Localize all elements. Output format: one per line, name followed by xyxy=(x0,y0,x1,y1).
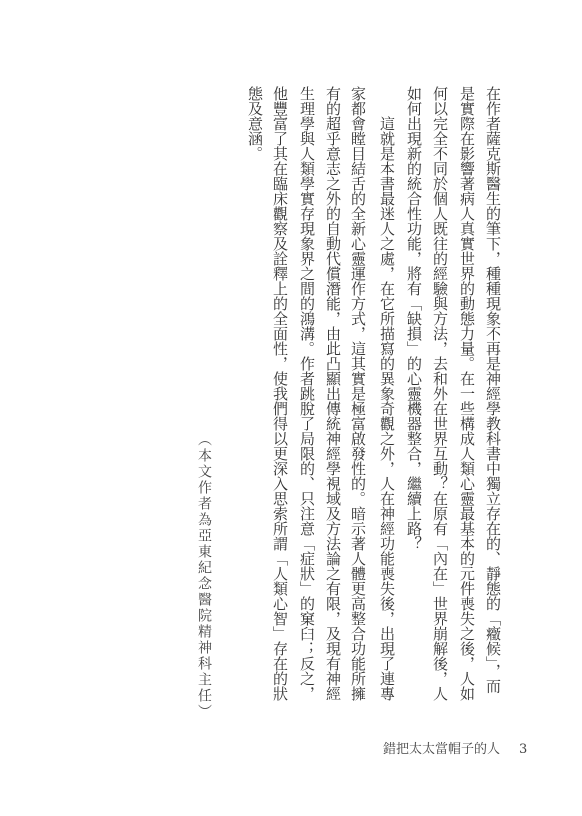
text-column-7: 有的超乎意志之外的自動代償潛能，由此凸顯出傳統神經學視域及方法論之有限，及現有神… xyxy=(323,86,343,701)
text-column-6: 家都會瞠目結舌的全新心靈運作方式，這其實是極富啟發性的。暗示著人體更高整合功能所… xyxy=(348,86,368,701)
text-column-8: 生理學與人類學實存現象界之間的鴻溝。作者跳脫了局限的、只注意「症狀」的窠臼；反之… xyxy=(297,86,317,701)
text-column-5-paragraph-start: 這就是本書最迷人之處，在它所描寫的異象奇觀之外，人在神經功能喪失後，出現了連專 xyxy=(377,116,397,701)
text-column-1: 在作者薩克斯醫生的筆下，種種現象不再是神經學教科書中獨立存在的、靜態的「癥候」，… xyxy=(483,86,503,694)
author-note: （本文作者為亞東紀念醫院精神科主任） xyxy=(194,432,214,720)
text-column-2: 是實際在影響著病人真實世界的動態力量。在一些構成人類心靈最基本的元件喪失之後，人… xyxy=(457,86,477,701)
text-column-9: 他豐富了其在臨床觀察及詮釋上的全面性，使我們得以更深入思索所謂「人類心智」存在的… xyxy=(270,86,290,701)
text-column-10: 態及意涵。 xyxy=(245,86,265,161)
page-number: 3 xyxy=(519,741,527,759)
book-page: 在作者薩克斯醫生的筆下，種種現象不再是神經學教科書中獨立存在的、靜態的「癥候」，… xyxy=(0,0,582,816)
text-column-4: 如何出現新的統合性功能，將有「缺損」的心靈機器整合，繼續上路？ xyxy=(404,86,424,551)
text-column-3: 何以完全不同於個人既往的經驗與方法，去和外在世界互動？在原有「內在」世界崩解後，… xyxy=(430,86,450,701)
running-footer-title: 錯把太太當帽子的人 xyxy=(383,741,500,759)
